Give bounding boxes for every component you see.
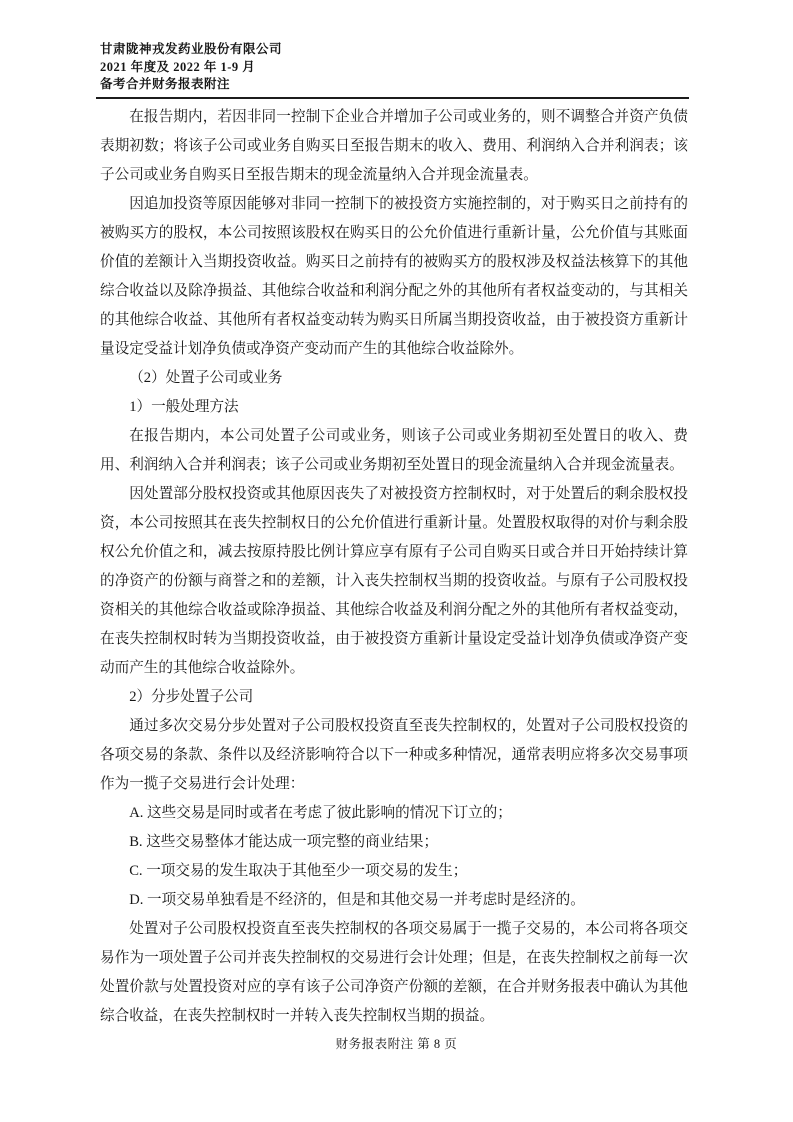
paragraph-disposal-reporting-period: 在报告期内，本公司处置子公司或业务，则该子公司或业务期初至处置日的收入、费用、利… [100, 422, 688, 480]
paragraph-bundled-transaction-accounting: 处置对子公司股权投资直至丧失控制权的各项交易属于一揽子交易的，本公司将各项交易作… [100, 915, 688, 1031]
header-company-name: 甘肃陇神戎发药业股份有限公司 [100, 41, 692, 59]
paragraph-step-acquisition-control: 因追加投资等原因能够对非同一控制下的被投资方实施控制的，对于购买日之前持有的被购… [100, 190, 688, 364]
list-item-b: B. 这些交易整体才能达成一项完整的商业结果； [100, 828, 688, 857]
heading-disposal-of-subsidiary: （2）处置子公司或业务 [100, 364, 688, 393]
list-item-a: A. 这些交易是同时或者在考虑了彼此影响的情况下订立的； [100, 799, 688, 828]
header-divider [96, 97, 689, 99]
page-footer: 财务报表附注 第 8 页 [0, 1036, 793, 1052]
document-page: 甘肃陇神戎发药业股份有限公司 2021 年度及 2022 年 1-9 月 备考合… [0, 0, 793, 1122]
page-footer-label: 财务报表附注 第 8 页 [336, 1037, 458, 1051]
list-item-d: D. 一项交易单独看是不经济的，但是和其他交易一并考虑时是经济的。 [100, 886, 688, 915]
heading-stepwise-disposal: 2）分步处置子公司 [100, 683, 688, 712]
paragraph-non-common-control-addition: 在报告期内，若因非同一控制下企业合并增加子公司或业务的，则不调整合并资产负债表期… [100, 103, 688, 190]
document-body: 在报告期内，若因非同一控制下企业合并增加子公司或业务的，则不调整合并资产负债表期… [100, 103, 688, 1031]
header-report-period: 2021 年度及 2022 年 1-9 月 [100, 59, 692, 77]
paragraph-bundled-transaction-intro: 通过多次交易分步处置对子公司股权投资直至丧失控制权的，处置对子公司股权投资的各项… [100, 712, 688, 799]
paragraph-loss-of-control-remeasure: 因处置部分股权投资或其他原因丧失了对被投资方控制权时，对于处置后的剩余股权投资，… [100, 480, 688, 683]
page-header: 甘肃陇神戎发药业股份有限公司 2021 年度及 2022 年 1-9 月 备考合… [100, 41, 692, 94]
list-item-c: C. 一项交易的发生取决于其他至少一项交易的发生； [100, 857, 688, 886]
header-doc-title: 备考合并财务报表附注 [100, 76, 692, 94]
heading-general-treatment-method: 1）一般处理方法 [100, 393, 688, 422]
